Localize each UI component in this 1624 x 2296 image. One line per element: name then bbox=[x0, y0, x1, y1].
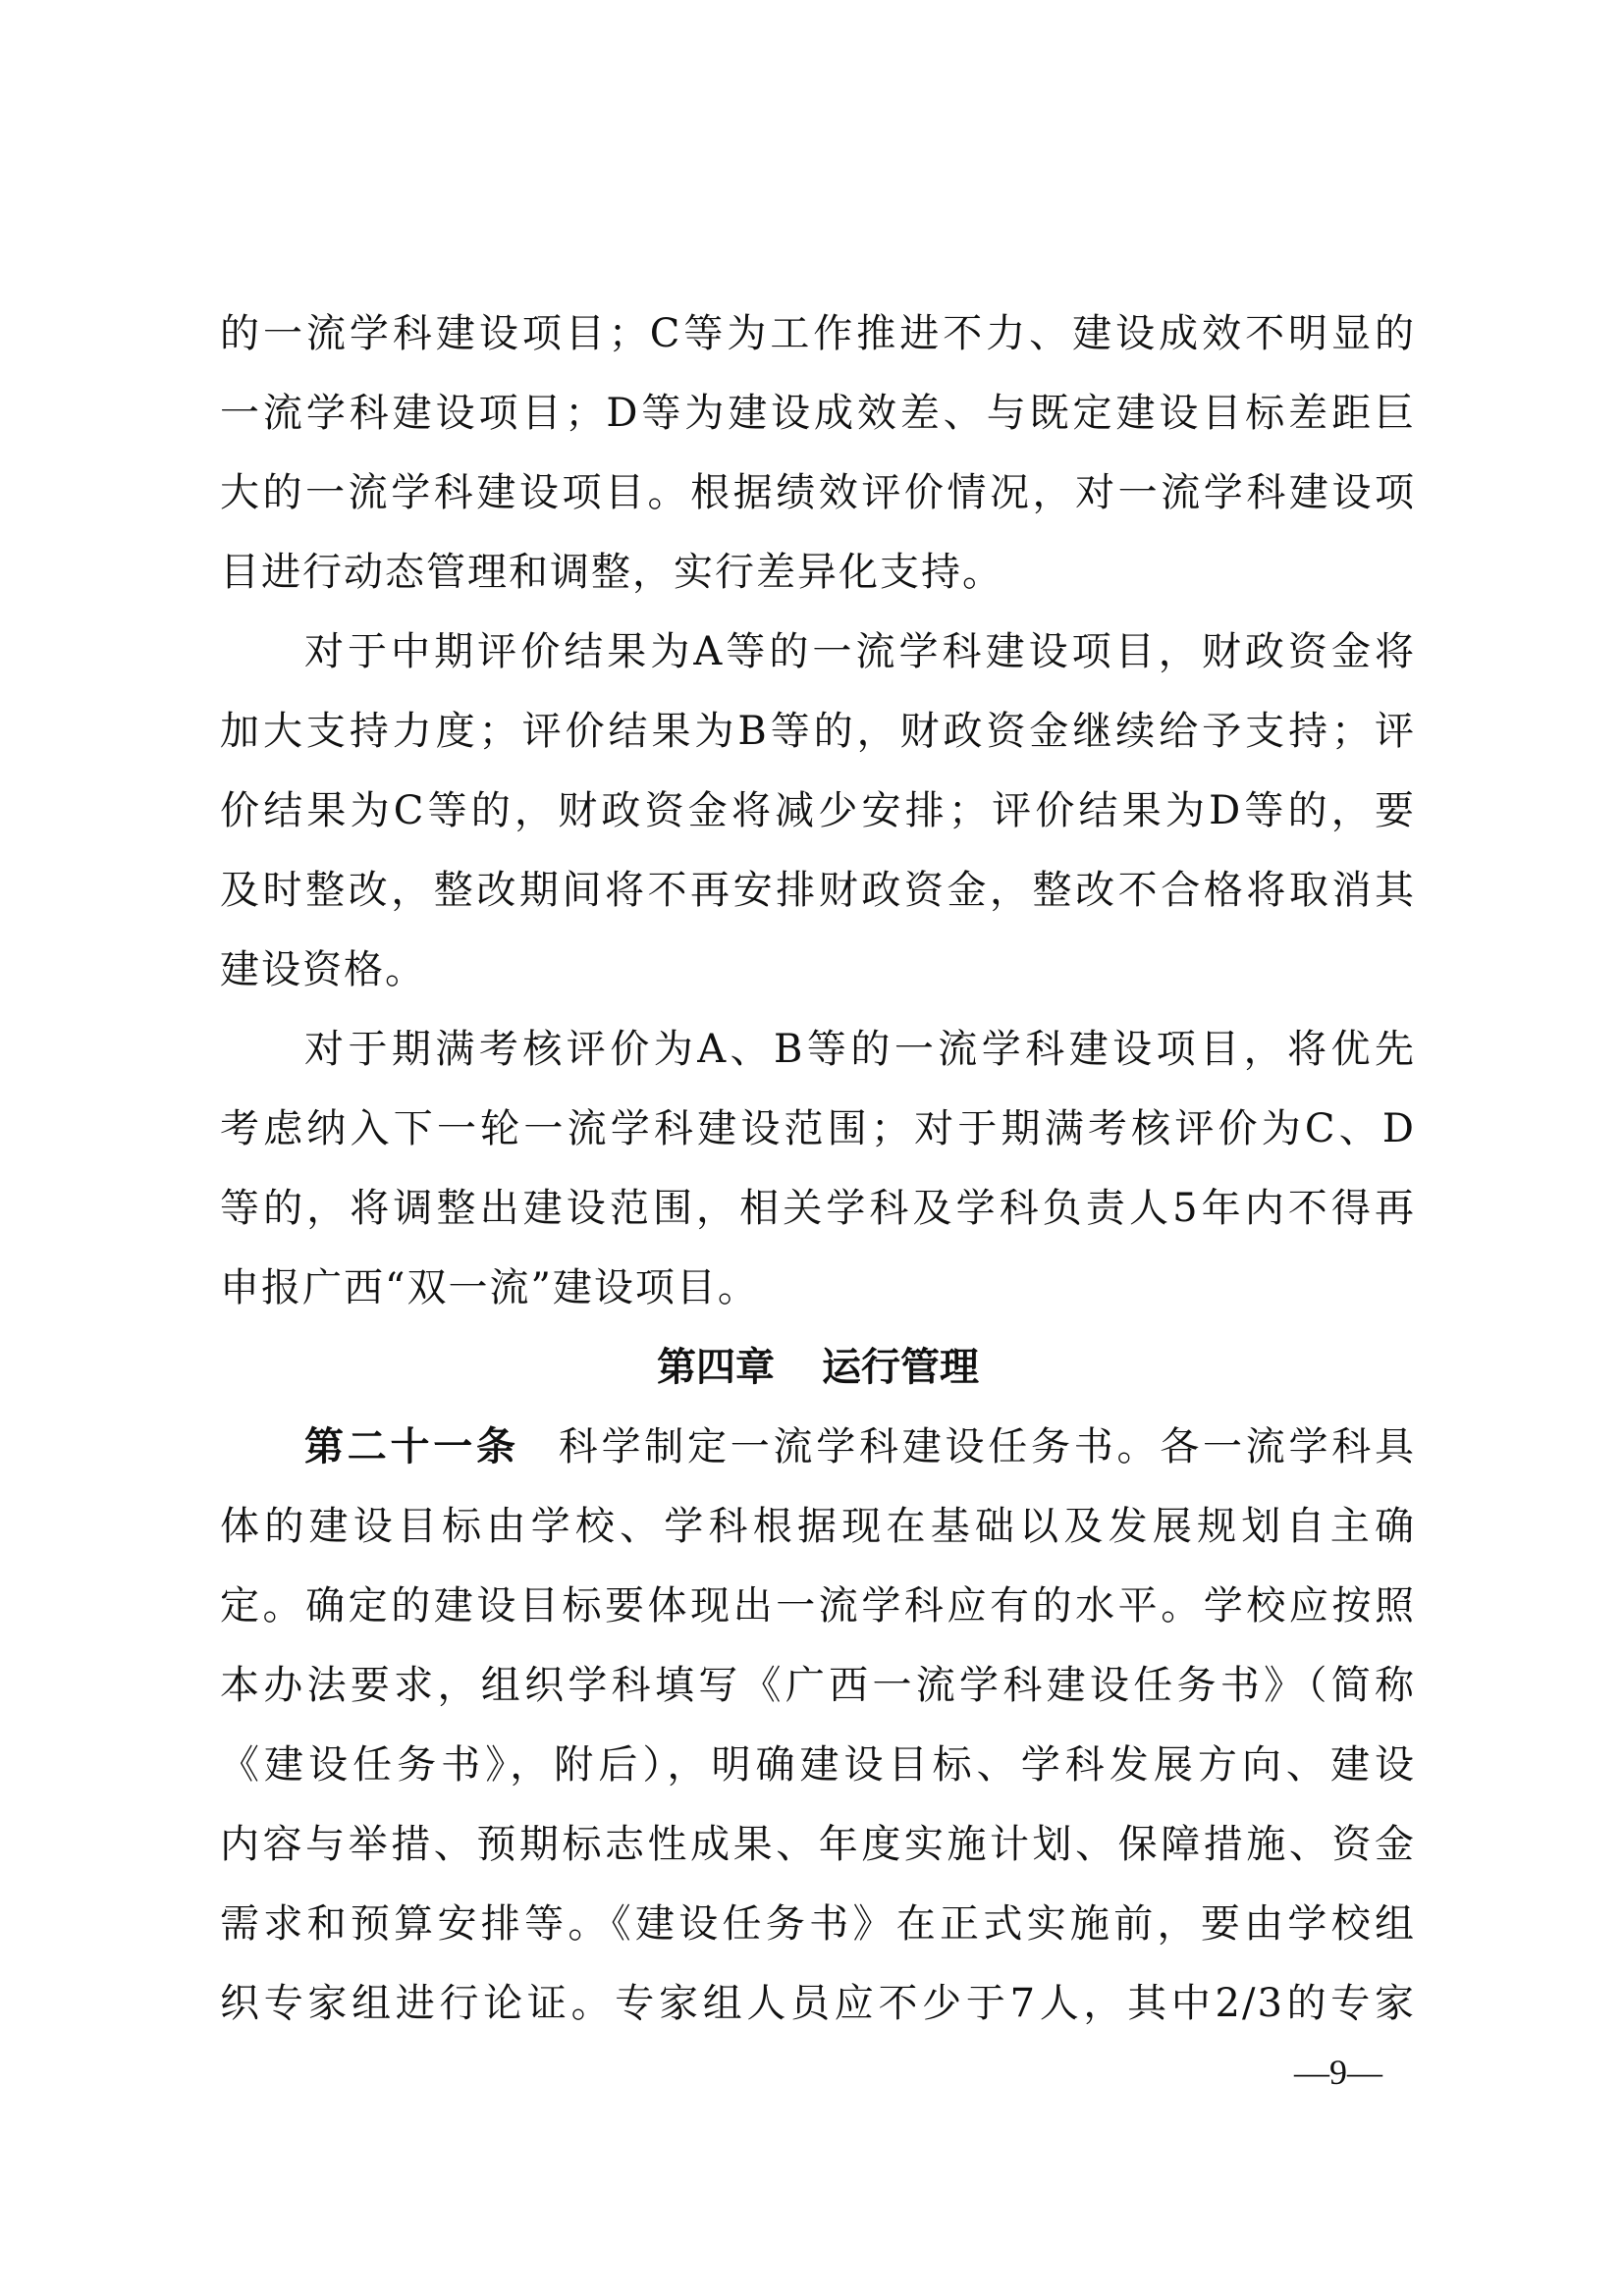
chapter-number: 第四章 bbox=[657, 1345, 775, 1390]
paragraph-3: 对于期满考核评价为A、B等的一流学科建设项目，将优先 考虑纳入下一轮一流学科建设… bbox=[220, 1010, 1416, 1328]
article-21: 第二十一条科学制定一流学科建设任务书。各一流学科具 体的建设目标由学校、学科根据… bbox=[220, 1408, 1416, 2044]
text-line: 考虑纳入下一轮一流学科建设范围；对于期满考核评价为C、D bbox=[220, 1090, 1416, 1169]
text-line: 等的，将调整出建设范围，相关学科及学科负责人5年内不得再 bbox=[220, 1169, 1416, 1249]
paragraph-1: 的一流学科建设项目；C等为工作推进不力、建设成效不明显的 一流学科建设项目；D等… bbox=[220, 294, 1416, 613]
text-line: 价结果为C等的，财政资金将减少安排；评价结果为D等的，要 bbox=[220, 772, 1416, 851]
text-line: 加大支持力度；评价结果为B等的，财政资金继续给予支持；评 bbox=[220, 692, 1416, 772]
text-line: 建设资格。 bbox=[220, 931, 1416, 1010]
text-line: 大的一流学科建设项目。根据绩效评价情况，对一流学科建设项 bbox=[220, 454, 1416, 533]
text-line: 一流学科建设项目；D等为建设成效差、与既定建设目标差距巨 bbox=[220, 374, 1416, 454]
text-line: 本办法要求，组织学科填写《广西一流学科建设任务书》（简称 bbox=[220, 1646, 1416, 1726]
text-line: 对于中期评价结果为A等的一流学科建设项目，财政资金将 bbox=[220, 613, 1416, 692]
page-number: —9— bbox=[1294, 2052, 1382, 2093]
text-line: 需求和预算安排等。《建设任务书》在正式实施前，要由学校组 bbox=[220, 1885, 1416, 1964]
article-first-line: 科学制定一流学科建设任务书。各一流学科具 bbox=[559, 1424, 1416, 1469]
text-line: 织专家组进行论证。专家组人员应不少于7人，其中2/3的专家 bbox=[220, 1964, 1416, 2044]
text-line: 第二十一条科学制定一流学科建设任务书。各一流学科具 bbox=[220, 1408, 1416, 1487]
text-line: 体的建设目标由学校、学科根据现在基础以及发展规划自主确 bbox=[220, 1487, 1416, 1567]
text-line: 及时整改，整改期间将不再安排财政资金，整改不合格将取消其 bbox=[220, 851, 1416, 931]
text-line: 申报广西“双一流”建设项目。 bbox=[220, 1249, 1416, 1328]
text-line: 内容与举措、预期标志性成果、年度实施计划、保障措施、资金 bbox=[220, 1805, 1416, 1885]
text-line: 定。确定的建设目标要体现出一流学科应有的水平。学校应按照 bbox=[220, 1567, 1416, 1646]
text-line: 的一流学科建设项目；C等为工作推进不力、建设成效不明显的 bbox=[220, 294, 1416, 374]
document-page: 的一流学科建设项目；C等为工作推进不力、建设成效不明显的 一流学科建设项目；D等… bbox=[220, 294, 1416, 2044]
paragraph-2: 对于中期评价结果为A等的一流学科建设项目，财政资金将 加大支持力度；评价结果为B… bbox=[220, 613, 1416, 1010]
chapter-title: 运行管理 bbox=[822, 1345, 979, 1390]
text-line: 目进行动态管理和调整，实行差异化支持。 bbox=[220, 533, 1416, 613]
text-line: 《建设任务书》，附后），明确建设目标、学科发展方向、建设 bbox=[220, 1726, 1416, 1805]
chapter-heading: 第四章运行管理 bbox=[220, 1328, 1416, 1408]
text-line: 对于期满考核评价为A、B等的一流学科建设项目，将优先 bbox=[220, 1010, 1416, 1090]
article-label: 第二十一条 bbox=[304, 1424, 519, 1469]
